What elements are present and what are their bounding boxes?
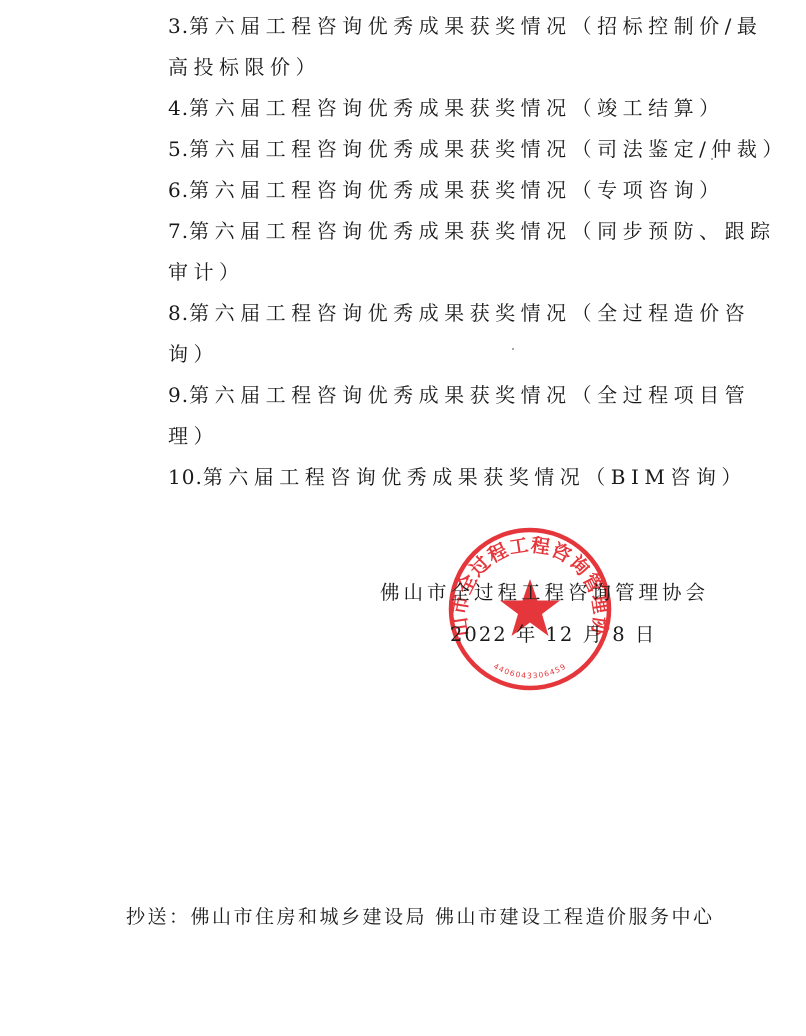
list-item: 8.第六届工程咨询优秀成果获奖情况（全过程造价咨 (168, 293, 708, 334)
list-text: 第六届工程咨询优秀成果获奖情况（全过程项目管 (189, 383, 750, 407)
list-item: 3.第六届工程咨询优秀成果获奖情况（招标控制价/最 (168, 6, 708, 47)
list-number: 6. (168, 170, 189, 211)
scan-speck (711, 158, 713, 160)
list-text: 第六届工程咨询优秀成果获奖情况（司法鉴定/仲裁） (189, 137, 788, 161)
list-number: 5. (168, 129, 189, 170)
cc-label: 抄送： (126, 906, 191, 928)
official-seal: 佛山市全过程工程咨询管理协会 4406043306459 (447, 526, 613, 692)
list-item-continuation: 理） (168, 416, 708, 457)
list-text-continued: 高投标限价） (168, 55, 321, 79)
issuing-organization: 佛山市全过程工程咨询管理协会 (380, 577, 709, 605)
list-number: 9. (168, 375, 189, 416)
scan-speck (512, 348, 514, 350)
list-text-continued: 询） (168, 342, 219, 366)
list-number: 10. (168, 457, 203, 498)
list-number: 3. (168, 6, 189, 47)
list-text: 第六届工程咨询优秀成果获奖情况（专项咨询） (189, 178, 725, 202)
list-item: 9.第六届工程咨询优秀成果获奖情况（全过程项目管 (168, 375, 708, 416)
cc-line: 抄送：佛山市住房和城乡建设局佛山市建设工程造价服务中心 (126, 902, 715, 929)
list-text: 第六届工程咨询优秀成果获奖情况（竣工结算） (189, 96, 725, 120)
list-item: 6.第六届工程咨询优秀成果获奖情况（专项咨询） (168, 170, 708, 211)
list-number: 7. (168, 211, 189, 252)
list-item: 10.第六届工程咨询优秀成果获奖情况（BIM咨询） (168, 457, 708, 498)
list-text: 第六届工程咨询优秀成果获奖情况（BIM咨询） (203, 465, 747, 489)
list-text-continued: 审计） (168, 260, 245, 284)
seal-code: 4406043306459 (492, 662, 568, 681)
list-item: 4.第六届工程咨询优秀成果获奖情况（竣工结算） (168, 88, 708, 129)
issue-date: 2022 年 12 月 8 日 (450, 619, 656, 647)
list-text: 第六届工程咨询优秀成果获奖情况（招标控制价/最 (189, 14, 762, 38)
list-text: 第六届工程咨询优秀成果获奖情况（全过程造价咨 (189, 301, 750, 325)
svg-text:4406043306459: 4406043306459 (492, 662, 568, 681)
document-page: 3.第六届工程咨询优秀成果获奖情况（招标控制价/最 高投标限价） 4.第六届工程… (0, 0, 806, 1036)
list-text: 第六届工程咨询优秀成果获奖情况（同步预防、跟踪 (189, 219, 776, 243)
cc-recipient: 佛山市住房和城乡建设局 (191, 906, 428, 928)
list-item: 5.第六届工程咨询优秀成果获奖情况（司法鉴定/仲裁） (168, 129, 708, 170)
attachment-list: 3.第六届工程咨询优秀成果获奖情况（招标控制价/最 高投标限价） 4.第六届工程… (168, 6, 708, 498)
cc-recipient: 佛山市建设工程造价服务中心 (435, 906, 715, 928)
list-text-continued: 理） (168, 424, 219, 448)
list-item-continuation: 询） (168, 334, 708, 375)
list-item: 7.第六届工程咨询优秀成果获奖情况（同步预防、跟踪 (168, 211, 708, 252)
list-item-continuation: 审计） (168, 252, 708, 293)
list-item-continuation: 高投标限价） (168, 47, 708, 88)
list-number: 4. (168, 88, 189, 129)
list-number: 8. (168, 293, 189, 334)
